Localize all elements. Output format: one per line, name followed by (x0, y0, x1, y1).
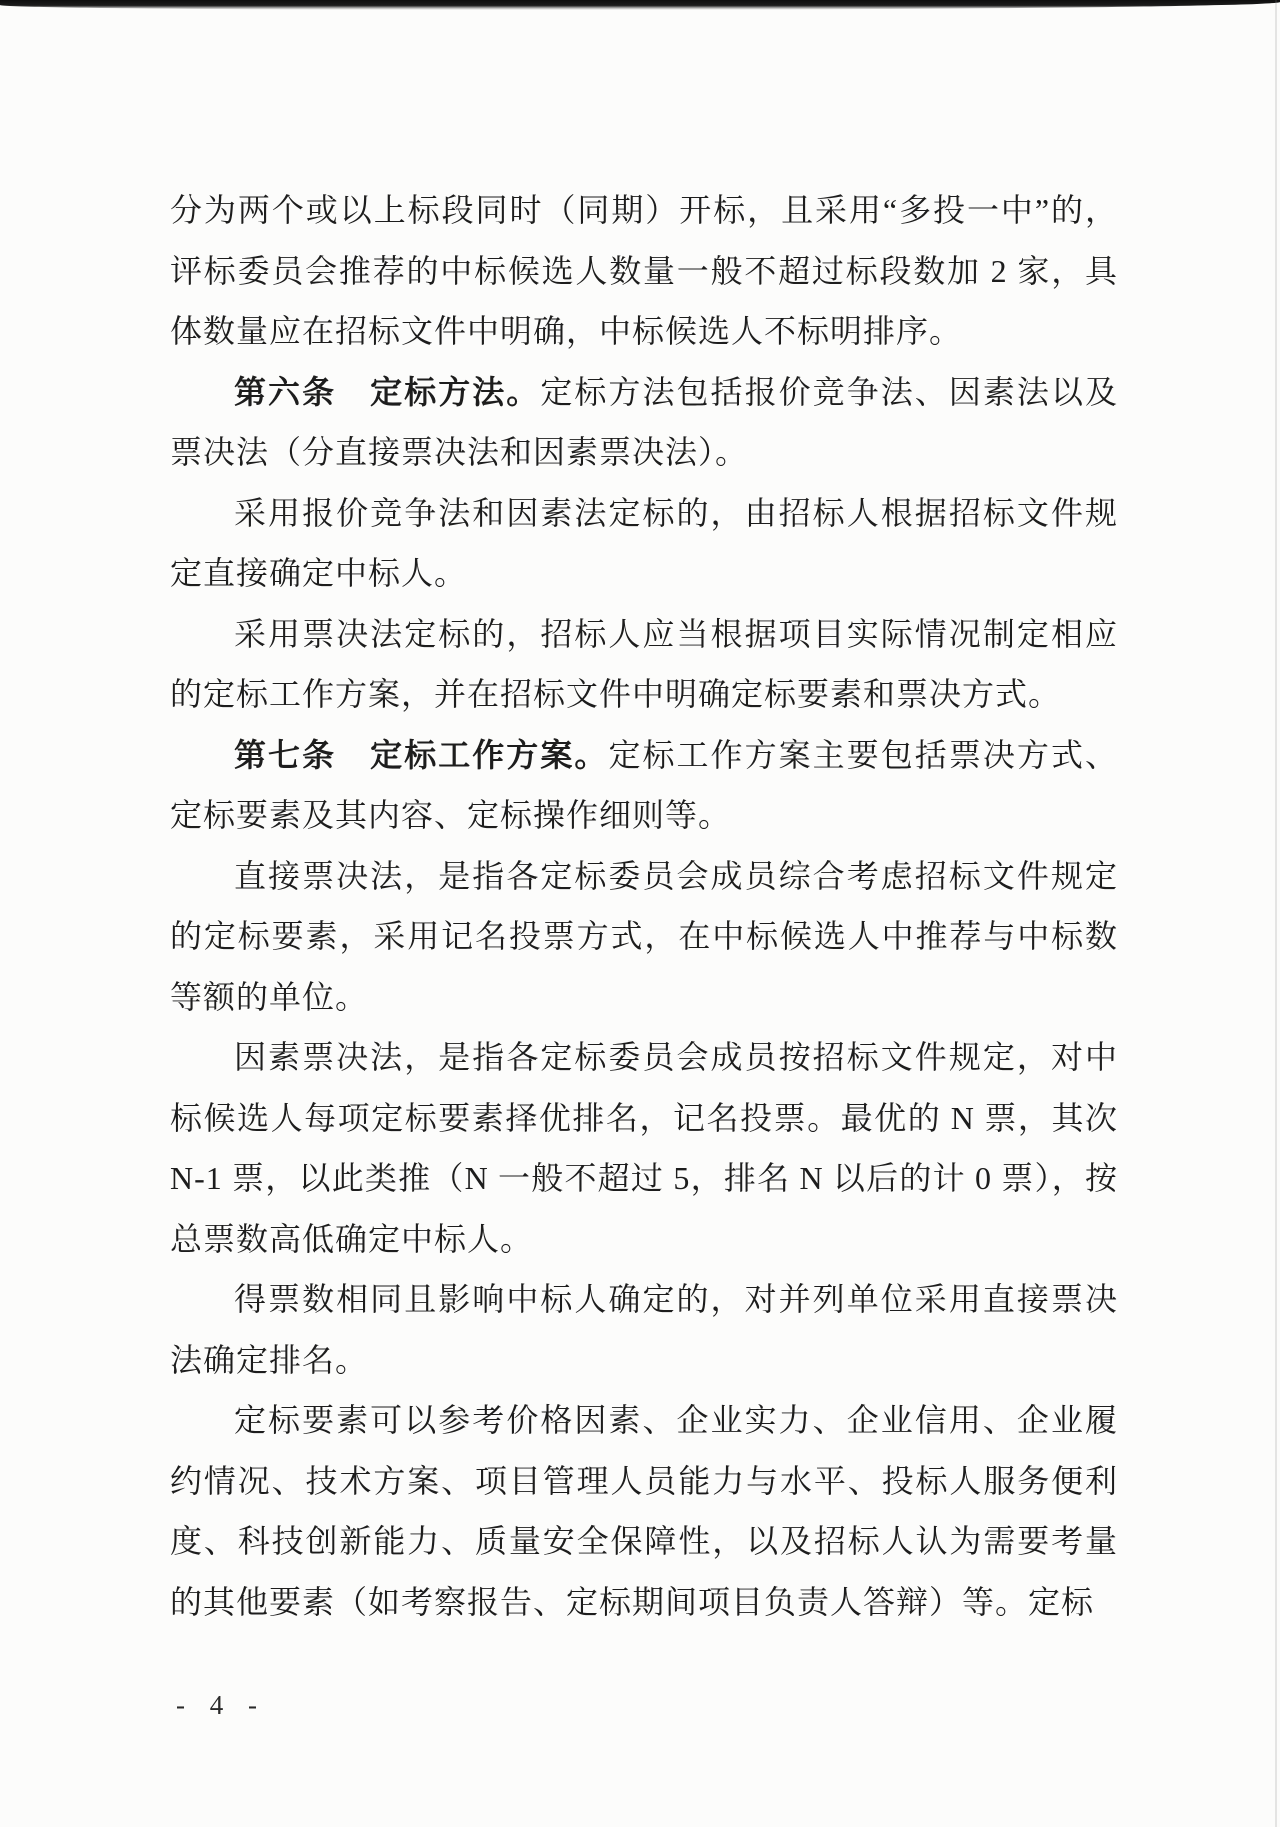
paragraph-text: 采用票决法定标的，招标人应当根据项目实际情况制定相应的定标工作方案，并在招标文件… (170, 616, 1118, 713)
paragraph: 分为两个或以上标段同时（同期）开标，且采用“多投一中”的，评标委员会推荐的中标候… (170, 180, 1118, 362)
paragraph: 得票数相同且影响中标人确定的，对并列单位采用直接票决法确定排名。 (170, 1269, 1118, 1390)
paragraph: 定标要素可以参考价格因素、企业实力、企业信用、企业履约情况、技术方案、项目管理人… (170, 1390, 1118, 1632)
paragraph-text: 采用报价竞争法和因素法定标的，由招标人根据招标文件规定直接确定中标人。 (170, 495, 1118, 592)
paragraph: 因素票决法，是指各定标委员会成员按招标文件规定，对中标候选人每项定标要素择优排名… (170, 1027, 1118, 1269)
article-heading: 第六条 定标方法。 (234, 374, 540, 410)
article-heading: 第七条 定标工作方案。 (234, 737, 608, 773)
document-body: 分为两个或以上标段同时（同期）开标，且采用“多投一中”的，评标委员会推荐的中标候… (170, 180, 1118, 1632)
paragraph: 采用票决法定标的，招标人应当根据项目实际情况制定相应的定标工作方案，并在招标文件… (170, 604, 1118, 725)
scan-edge-artifact (0, 0, 1280, 10)
paragraph: 第六条 定标方法。定标方法包括报价竞争法、因素法以及票决法（分直接票决法和因素票… (170, 362, 1118, 483)
paragraph-text: 因素票决法，是指各定标委员会成员按招标文件规定，对中标候选人每项定标要素择优排名… (170, 1039, 1118, 1257)
scan-right-edge-artifact (1275, 0, 1277, 1827)
paragraph-text: 直接票决法，是指各定标委员会成员综合考虑招标文件规定的定标要素，采用记名投票方式… (170, 858, 1118, 1015)
page-number: - 4 - (176, 1690, 266, 1721)
paragraph-text: 定标要素可以参考价格因素、企业实力、企业信用、企业履约情况、技术方案、项目管理人… (170, 1402, 1118, 1620)
paragraph: 第七条 定标工作方案。定标工作方案主要包括票决方式、定标要素及其内容、定标操作细… (170, 725, 1118, 846)
paragraph: 直接票决法，是指各定标委员会成员综合考虑招标文件规定的定标要素，采用记名投票方式… (170, 846, 1118, 1028)
paragraph-text: 得票数相同且影响中标人确定的，对并列单位采用直接票决法确定排名。 (170, 1281, 1118, 1378)
paragraph: 采用报价竞争法和因素法定标的，由招标人根据招标文件规定直接确定中标人。 (170, 483, 1118, 604)
paragraph-text: 分为两个或以上标段同时（同期）开标，且采用“多投一中”的，评标委员会推荐的中标候… (170, 192, 1118, 349)
